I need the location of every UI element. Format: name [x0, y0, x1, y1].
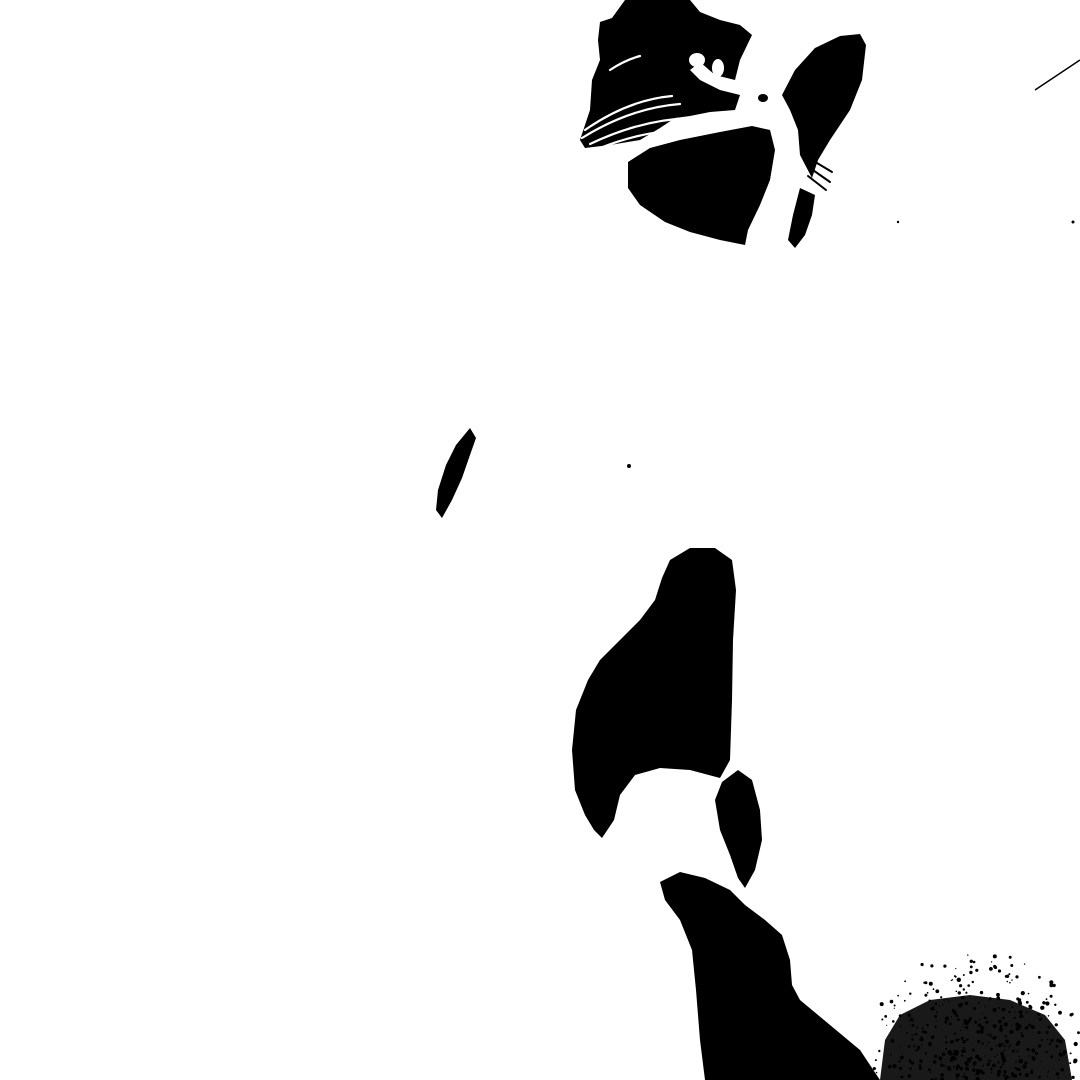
left-eye: [689, 53, 705, 67]
left-eye-highlight: [712, 59, 724, 77]
speck: [1072, 221, 1075, 224]
speck: [897, 221, 899, 223]
cat-photo: [0, 0, 1080, 1080]
background: [0, 0, 1080, 1080]
nose-dot: [758, 94, 768, 102]
right-eye: [793, 99, 809, 117]
speck: [627, 464, 631, 468]
